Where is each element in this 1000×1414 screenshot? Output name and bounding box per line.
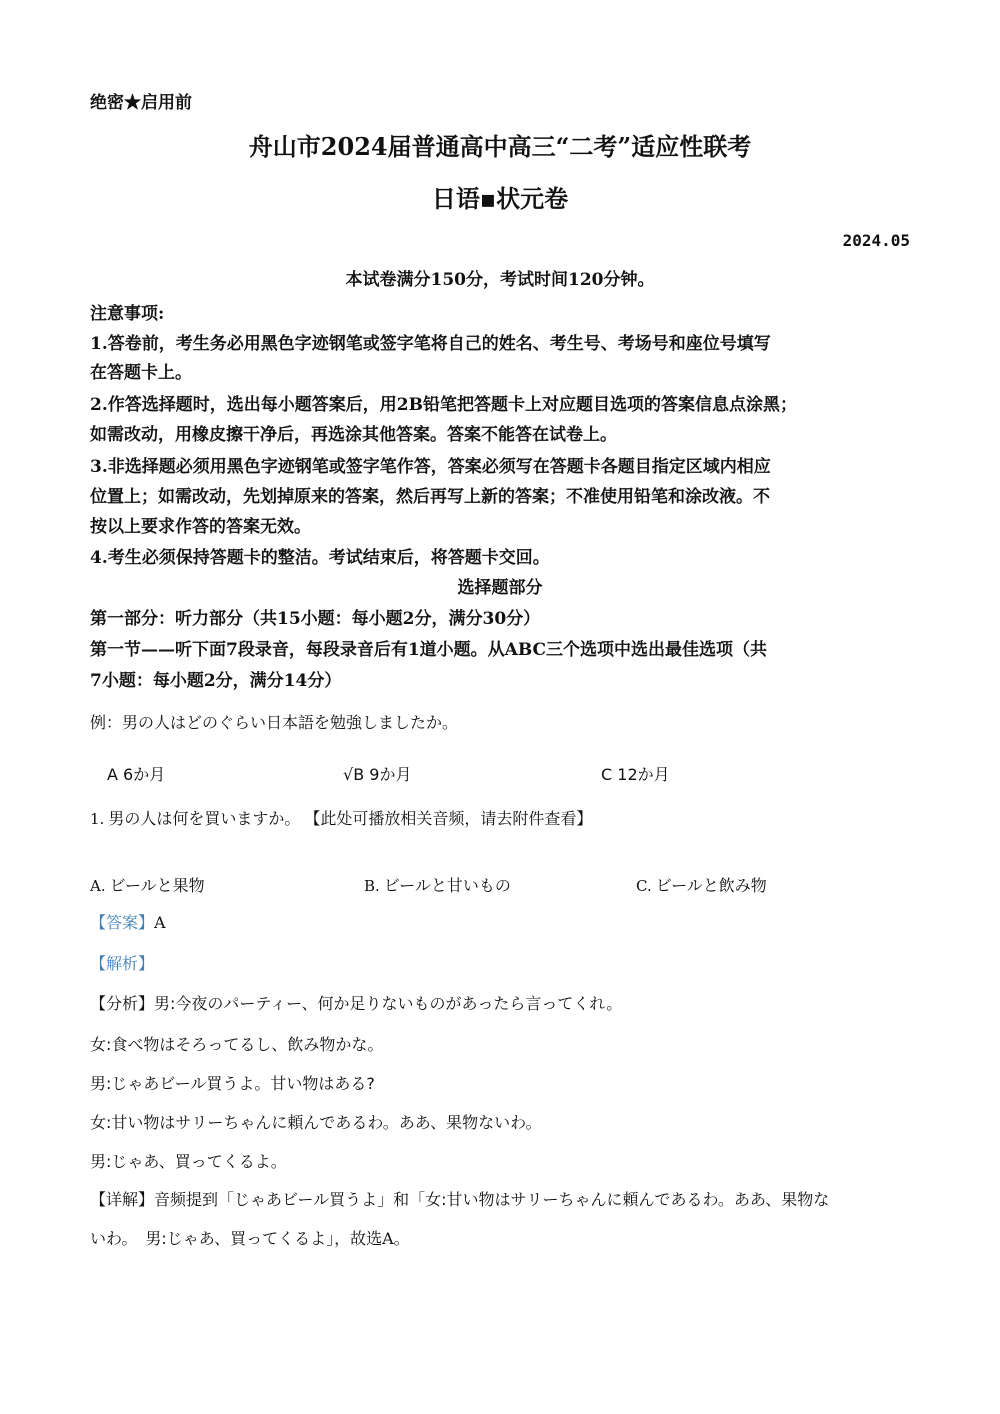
- confidential-mark: 绝密★启用前: [90, 88, 192, 113]
- score-info: 本试卷满分150分，考试时间120分钟。: [0, 265, 1000, 290]
- question-text: 男の人は何を買いますか。: [108, 809, 300, 828]
- answer-label: 【答案】: [90, 913, 154, 932]
- note-line: 1.答卷前，考生务必用黑色字迹钢笔或签字笔将自己的姓名、考生号、考场号和座位号填…: [90, 329, 771, 354]
- q1-option-a: A. ビールと果物: [90, 873, 205, 896]
- part1-section1-instructions: 第一节——听下面7段录音，每段录音后有1道小题。从ABC三个选项中选出最佳选项（…: [90, 635, 767, 660]
- answer-value: A: [154, 913, 166, 932]
- example-option-b: √B 9か月: [343, 762, 411, 785]
- audio-note: 【此处可播放相关音频，请去附件查看】: [304, 809, 592, 828]
- note-line: 按以上要求作答的答案无效。: [90, 512, 311, 537]
- exam-subtitle: 日语▪状元卷: [0, 179, 1000, 214]
- exam-date: 2024.05: [843, 231, 910, 250]
- q1-option-c: C. ビールと飲み物: [636, 873, 767, 896]
- dialogue-line: 女:食べ物はそろってるし、飲み物かな。: [90, 1032, 383, 1055]
- dialogue-line: 女:甘い物はサリーちゃんに頼んであるわ。ああ、果物ないわ。: [90, 1110, 541, 1133]
- dialogue-line: 男:じゃあ、買ってくるよ。: [90, 1149, 287, 1172]
- analysis-label: 【解析】: [90, 951, 154, 974]
- detail-row-1: 【详解】音频提到「じゃあビール買うよ」和「女:甘い物はサリーちゃんに頼んであるわ…: [90, 1187, 829, 1210]
- dialogue-line: 男:今夜のパーティー、何か足りないものがあったら言ってくれ。: [154, 994, 622, 1013]
- note-line: 2.作答选择题时，选出每小题答案后，用2B铅笔把答题卡上对应题目选项的答案信息点…: [90, 390, 797, 415]
- example-option-a: A 6か月: [107, 762, 165, 785]
- breakdown-label: 【分析】: [90, 994, 154, 1013]
- note-line: 如需改动，用橡皮擦干净后，再选涂其他答案。答案不能答在试卷上。: [90, 420, 617, 445]
- detail-label: 【详解】: [90, 1190, 154, 1209]
- example-option-c: C 12か月: [601, 762, 670, 785]
- breakdown-row: 【分析】男:今夜のパーティー、何か足りないものがあったら言ってくれ。: [90, 991, 622, 1014]
- question-1: 1. 男の人は何を買いますか。 【此处可播放相关音频，请去附件查看】: [90, 806, 592, 829]
- part1-section1-instructions-cont: 7小题：每小题2分，满分14分）: [90, 666, 341, 691]
- detail-row-2: いわ。 男:じゃあ、買ってくるよ」，故选A。: [90, 1226, 410, 1249]
- answer-row: 【答案】A: [90, 910, 166, 933]
- example-question: 例：男の人はどのぐらい日本語を勉強しましたか。: [90, 710, 458, 733]
- q1-option-b: B. ビールと甘いもの: [364, 873, 511, 896]
- dialogue-line: 男:じゃあビール買うよ。甘い物はある?: [90, 1071, 375, 1094]
- notes-heading: 注意事项:: [90, 299, 164, 324]
- part1-heading: 第一部分：听力部分（共15小题：每小题2分，满分30分）: [90, 604, 540, 629]
- question-number: 1.: [90, 810, 104, 828]
- note-line: 在答题卡上。: [90, 358, 192, 383]
- exam-title: 舟山市2024届普通高中高三“二考”适应性联考: [0, 127, 1000, 162]
- note-line: 4.考生必须保持答题卡的整洁。考试结束后，将答题卡交回。: [90, 543, 550, 568]
- note-line: 3.非选择题必须用黑色字迹钢笔或签字笔作答，答案必须写在答题卡各题目指定区域内相…: [90, 452, 771, 477]
- section-title: 选择题部分: [0, 573, 1000, 598]
- note-line: 位置上；如需改动，先划掉原来的答案，然后再写上新的答案；不准使用铅笔和涂改液。不: [90, 482, 770, 507]
